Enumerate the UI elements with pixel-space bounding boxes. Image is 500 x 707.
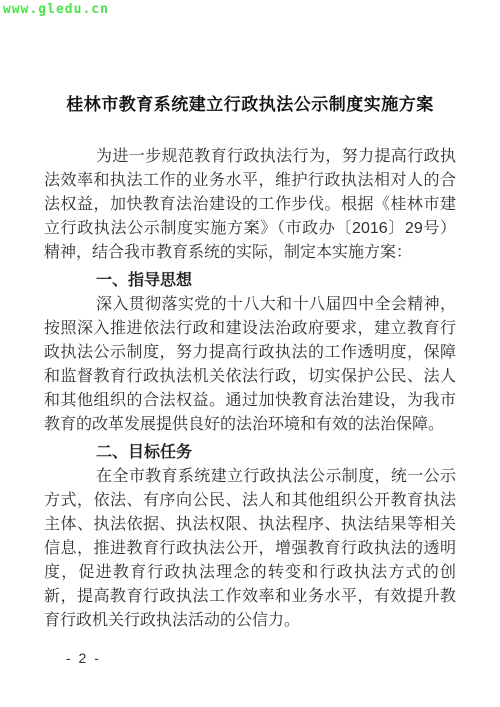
document-heading: 二、目标任务 bbox=[44, 441, 456, 465]
document-page: www.gledu.cn 桂林市教育系统建立行政执法公示制度实施方案 为进一步规… bbox=[0, 0, 500, 707]
document-paragraph: 深入贯彻落实党的十八大和十八届四中全会精神，按照深入推进依法行政和建设法治政府要… bbox=[44, 293, 456, 437]
document-title: 桂林市教育系统建立行政执法公示制度实施方案 bbox=[0, 0, 500, 115]
page-number: - 2 - bbox=[66, 650, 101, 666]
document-paragraph: 在全市教育系统建立行政执法公示制度，统一公示方式，依法、有序向公民、法人和其他组… bbox=[44, 465, 456, 633]
document-heading: 一、指导思想 bbox=[44, 269, 456, 293]
document-paragraph: 为进一步规范教育行政执法行为，努力提高行政执法效率和执法工作的业务水平，维护行政… bbox=[44, 145, 456, 265]
watermark-text: www.gledu.cn bbox=[3, 2, 109, 17]
document-body: 为进一步规范教育行政执法行为，努力提高行政执法效率和执法工作的业务水平，维护行政… bbox=[44, 145, 456, 633]
